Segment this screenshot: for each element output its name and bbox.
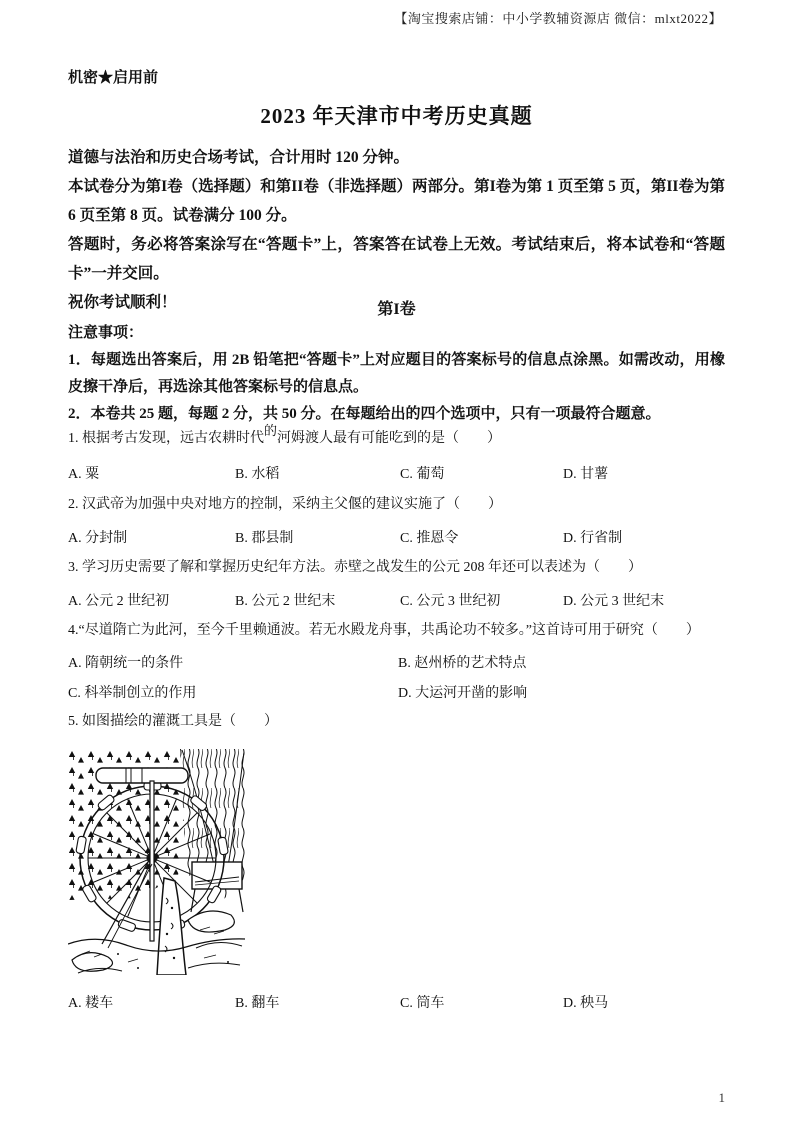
option-b: B. 郡县制: [235, 527, 400, 547]
option-d: D. 大运河开凿的影响: [398, 682, 725, 702]
instruction-line: 本试卷分为第I卷（选择题）和第II卷（非选择题）两部分。第I卷为第 1 页至第 …: [68, 172, 725, 230]
option-b: B. 翻车: [235, 992, 400, 1012]
page-title: 2023 年天津市中考历史真题: [68, 100, 725, 130]
question-2-options: A. 分封制 B. 郡县制 C. 推恩令 D. 行省制: [68, 527, 725, 547]
stem-superscript: 的: [264, 423, 277, 438]
option-d: D. 公元 3 世纪末: [563, 590, 725, 610]
question-5-stem: 5. 如图描绘的灌溉工具是（ ）: [68, 712, 725, 732]
instruction-line: 道德与法治和历史合场考试，合计用时 120 分钟。: [68, 143, 725, 172]
security-notice: 机密★启用前: [68, 66, 725, 87]
note-item: 2．本卷共 25 题，每题 2 分，共 50 分。在每题给出的四个选项中，只有一…: [68, 401, 725, 428]
stem-text: 1. 根据考古发现，远古农耕时代: [68, 431, 264, 446]
irrigation-waterwheel-illustration: [68, 748, 246, 975]
option-d: D. 甘薯: [563, 463, 725, 483]
question-4-options-row1: A. 隋朝统一的条件 B. 赵州桥的艺术特点: [68, 652, 725, 672]
question-4-stem: 4.“尽道隋亡为此河，至今千里赖通波。若无水殿龙舟事，共禹论功不较多。”这首诗可…: [68, 621, 725, 641]
option-d: D. 秧马: [563, 992, 725, 1012]
question-4-options-row2: C. 科举制创立的作用 D. 大运河开凿的影响: [68, 682, 725, 702]
option-a: A. 隋朝统一的条件: [68, 652, 398, 672]
exam-instructions: 道德与法治和历史合场考试，合计用时 120 分钟。 本试卷分为第I卷（选择题）和…: [68, 143, 725, 317]
volume-title: 第I卷: [68, 296, 725, 319]
option-c: C. 科举制创立的作用: [68, 682, 398, 702]
option-c: C. 葡萄: [400, 463, 563, 483]
option-c: C. 推恩令: [400, 527, 563, 547]
shop-watermark: 【淘宝搜索店铺：中小学教辅资源店 微信：mlxt2022】: [394, 8, 722, 27]
question-3-options: A. 公元 2 世纪初 B. 公元 2 世纪末 C. 公元 3 世纪初 D. 公…: [68, 590, 725, 610]
notes-heading: 注意事项：: [68, 320, 725, 347]
page-number: 1: [719, 1090, 726, 1106]
option-a: A. 公元 2 世纪初: [68, 590, 235, 610]
option-c: C. 公元 3 世纪初: [400, 590, 563, 610]
note-item: 1．每题选出答案后，用 2B 铅笔把“答题卡”上对应题目的答案标号的信息点涂黑。…: [68, 347, 725, 401]
exam-paper-page: 【淘宝搜索店铺：中小学教辅资源店 微信：mlxt2022】 机密★启用前 202…: [0, 0, 793, 1122]
question-3-stem: 3. 学习历史需要了解和掌握历史纪年方法。赤壁之战发生的公元 208 年还可以表…: [68, 558, 725, 578]
option-b: B. 水稻: [235, 463, 400, 483]
option-b: B. 赵州桥的艺术特点: [398, 652, 725, 672]
instruction-line: 答题时，务必将答案涂写在“答题卡”上，答案答在试卷上无效。考试结束后，将本试卷和…: [68, 230, 725, 288]
option-a: A. 耧车: [68, 992, 235, 1012]
question-5-options: A. 耧车 B. 翻车 C. 筒车 D. 秧马: [68, 992, 725, 1012]
stem-text: 河姆渡人最有可能吃到的是（ ）: [277, 431, 501, 446]
option-d: D. 行省制: [563, 527, 725, 547]
option-a: A. 分封制: [68, 527, 235, 547]
question-2-stem: 2. 汉武帝为加强中央对地方的控制，采纳主父偃的建议实施了（ ）: [68, 495, 725, 515]
answer-notes: 注意事项： 1．每题选出答案后，用 2B 铅笔把“答题卡”上对应题目的答案标号的…: [68, 320, 725, 428]
question-1-options: A. 粟 B. 水稻 C. 葡萄 D. 甘薯: [68, 463, 725, 483]
question-1-stem: 1. 根据考古发现，远古农耕时代的河姆渡人最有可能吃到的是（ ）: [68, 428, 725, 449]
option-b: B. 公元 2 世纪末: [235, 590, 400, 610]
option-c: C. 筒车: [400, 992, 563, 1012]
option-a: A. 粟: [68, 463, 235, 483]
